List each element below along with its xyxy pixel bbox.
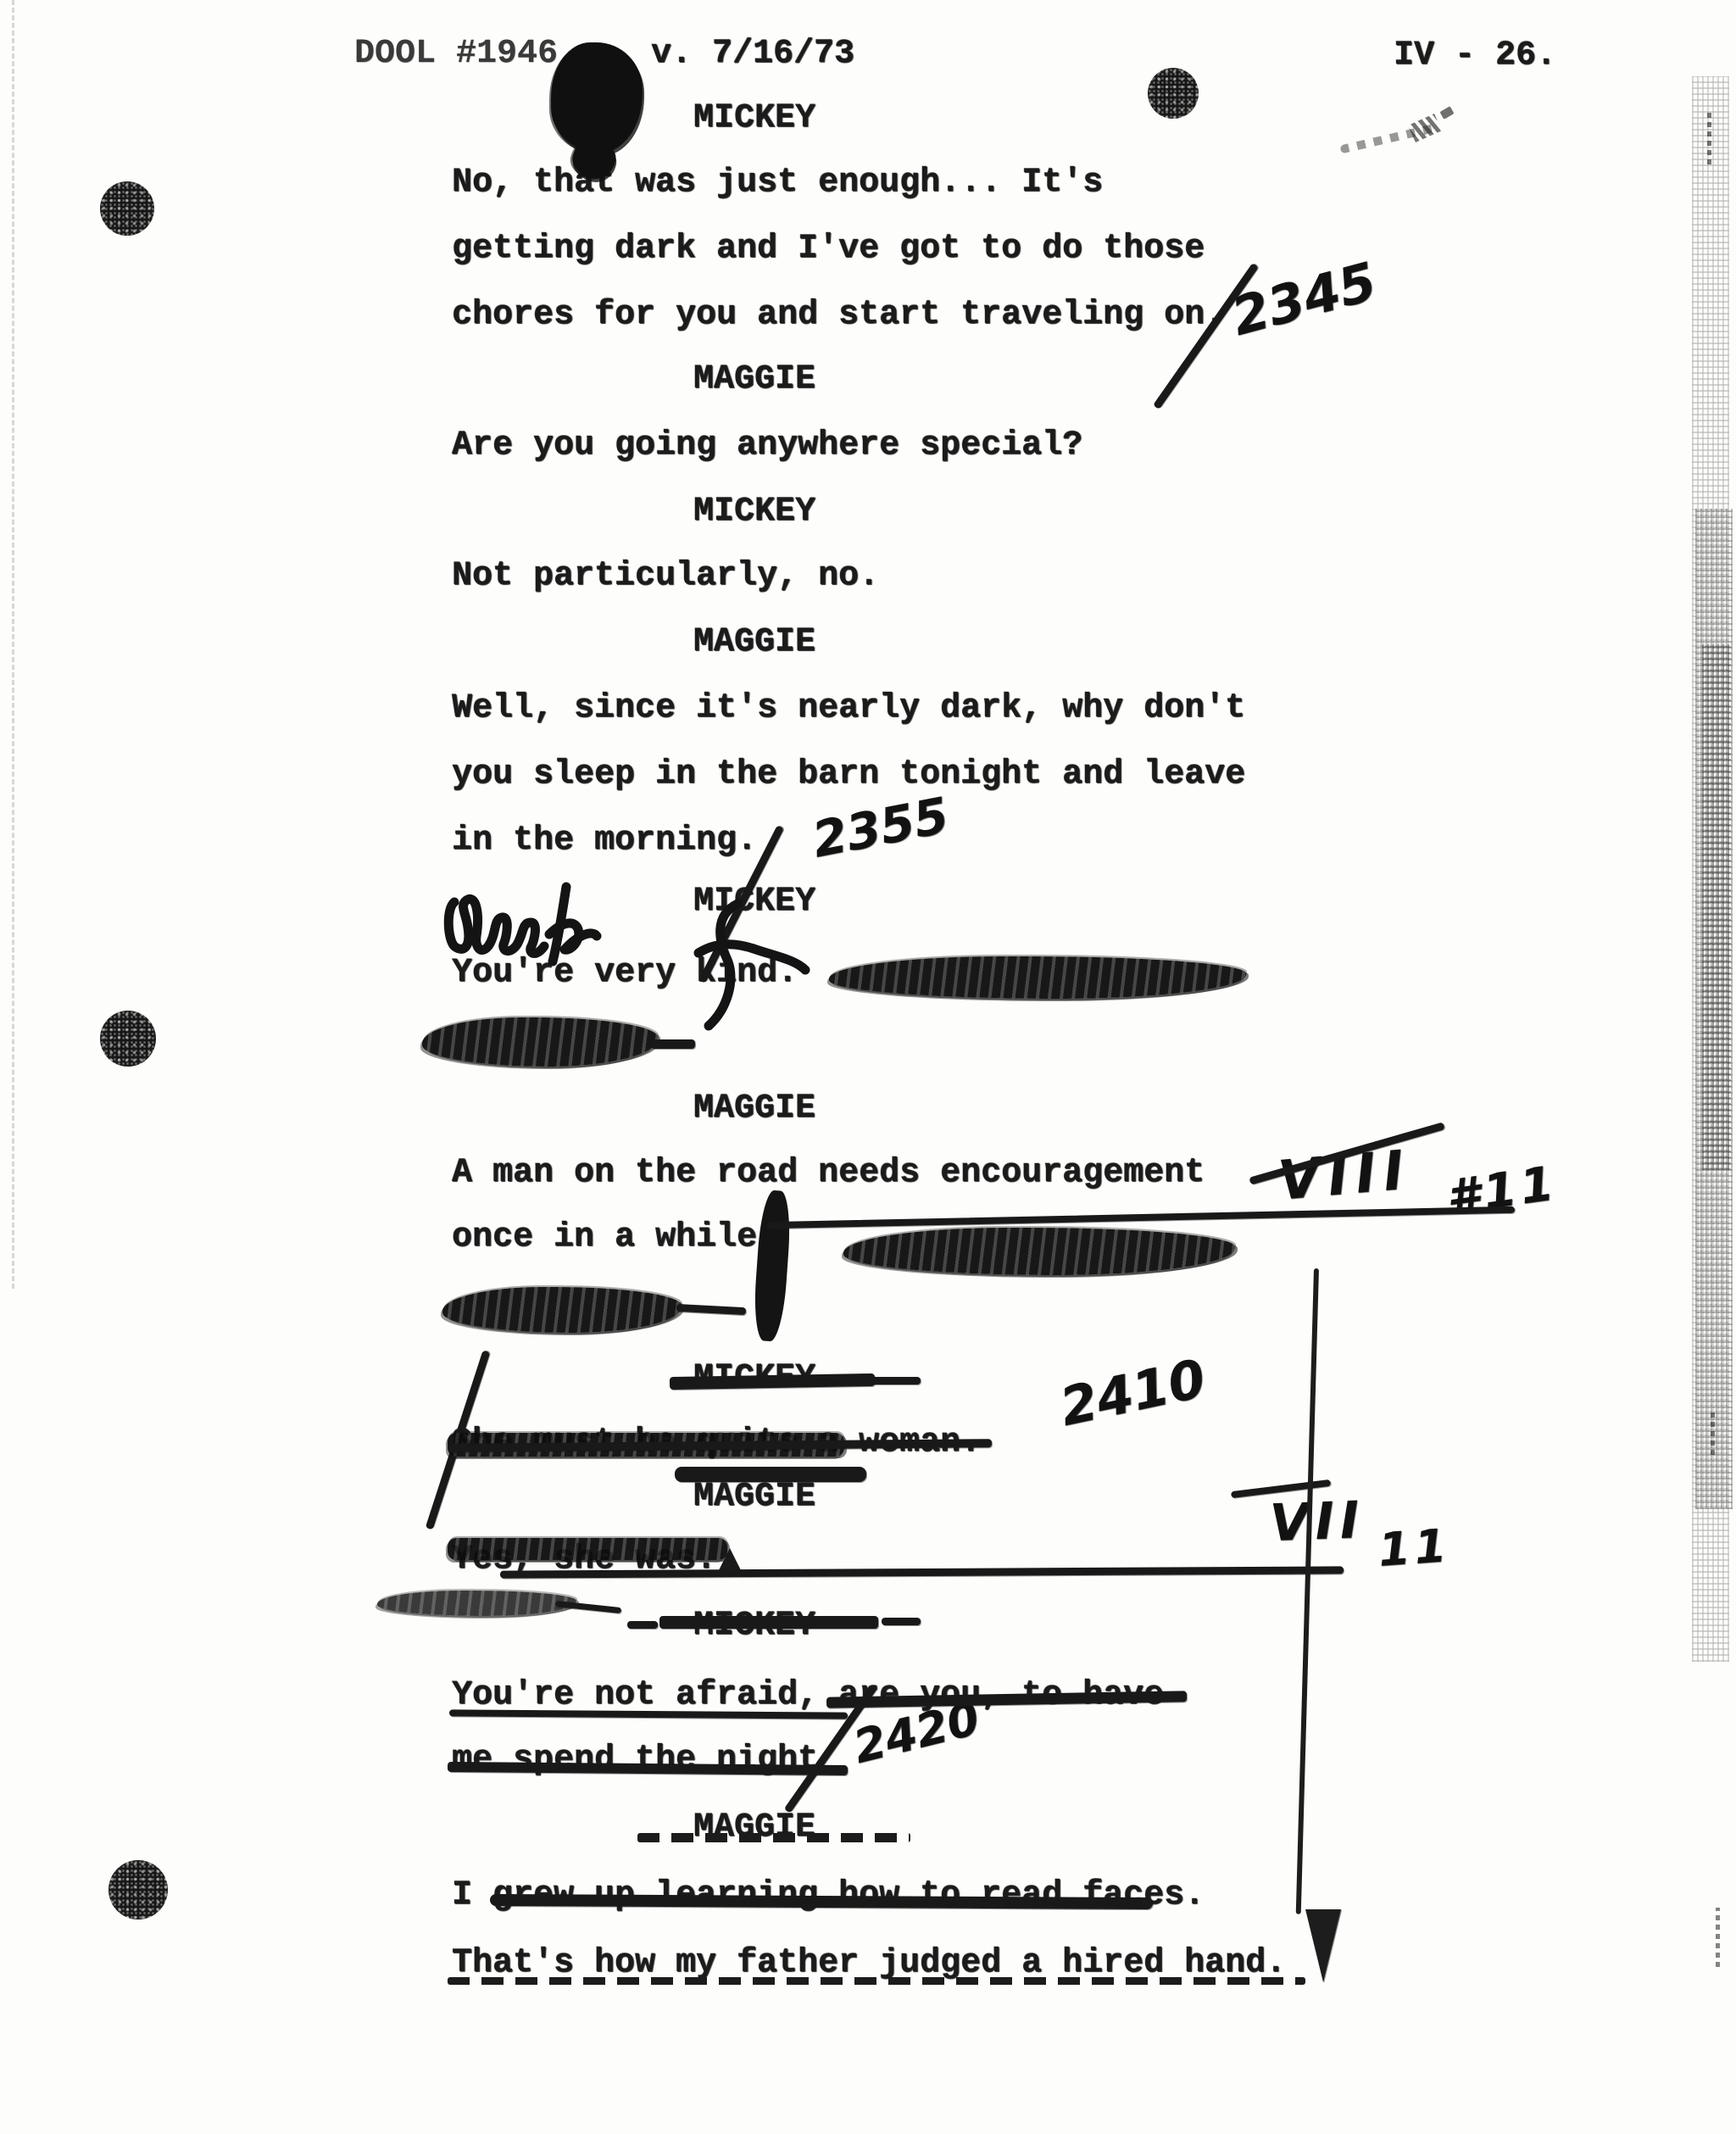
pencil-tick [1439,106,1454,120]
scanner-noise-dash [1707,109,1711,164]
strike-mark [670,1373,875,1390]
ink-blob-header [551,42,643,153]
strike-line-long [767,1206,1515,1229]
strike-mark [871,1377,921,1385]
strike-mark [882,1618,921,1625]
dialogue-line: A man on the road needs encouragement [452,1156,1205,1190]
ink-mark-vertical [752,1190,793,1342]
punch-hole-mark [108,1860,168,1919]
page-number: IV - 26. [1394,39,1556,73]
scribble-tail [555,1601,621,1613]
speaker-heading: MAGGIE [693,626,815,660]
dialogue-line: No, that was just enough... It's [452,166,1103,200]
pencil-smudge [1408,114,1442,142]
scanner-noise-dash [1716,1908,1720,1967]
dialogue-line: Are you going anywhere special? [452,429,1082,463]
scanner-noise-edge [1702,644,1731,1170]
speaker-heading: MAGGIE [693,1092,815,1126]
handwritten-cue-2355: 2355 [808,786,953,869]
strike-blotch [448,1538,727,1560]
handwritten-scrawl [442,880,620,973]
punch-hole-mark [100,1011,156,1067]
revision-date: v. 7/16/73 [651,37,854,71]
strike-mark [627,1621,658,1629]
underline-dashes [448,1977,1305,1985]
handwritten-cue-2410: 2410 [1054,1347,1210,1438]
dialogue-line: chores for you and start traveling on. [452,298,1225,332]
punch-hole-mark [100,181,154,236]
speaker-heading: MAGGIE [693,1480,815,1514]
handwritten-scrawl [643,897,812,1033]
dialogue-line: once in a while. [452,1221,777,1255]
down-arrow-head [1305,1909,1341,1982]
scribble-tail [651,1039,695,1049]
dialogue-line: getting dark and I've got to do those [452,232,1205,266]
scribble-redaction [442,1287,682,1333]
dialogue-line: in the morning. [452,824,757,858]
handwritten-cue-2345: 2345 [1225,250,1383,348]
handwritten-number-11: 11 [1377,1518,1452,1577]
fold-line [12,0,14,1289]
scribble-redaction [829,956,1246,999]
scribble-tail [676,1304,746,1315]
handwritten-number-11: #11 [1443,1156,1561,1226]
strike-mark [659,1616,878,1629]
dialogue-line: That's how my father judged a hired hand… [452,1947,1286,1981]
handwritten-act-vii: VII [1269,1490,1366,1553]
speaker-heading: MICKEY [693,102,815,136]
speaker-heading: MAGGIE [693,363,815,397]
scribble-redaction [422,1017,658,1067]
dialogue-line: Not particularly, no. [452,560,879,593]
strike-dashes [637,1833,910,1842]
speaker-heading: MICKEY [693,495,815,529]
dialogue-line: Well, since it's nearly dark, why don't [452,692,1245,726]
vertical-rule [1296,1268,1319,1914]
scanned-script-page: { "doc": { "header": { "left": "DOOL #19… [0,0,1736,2134]
scanner-noise-dash [1711,1411,1715,1455]
caret-mark [719,1548,741,1570]
scribble-redaction [843,1228,1235,1275]
strike-mark [675,1467,866,1482]
ink-dot-top [1148,68,1199,119]
scribble-redaction [377,1591,576,1616]
dialogue-line: you sleep in the barn tonight and leave [452,758,1245,792]
